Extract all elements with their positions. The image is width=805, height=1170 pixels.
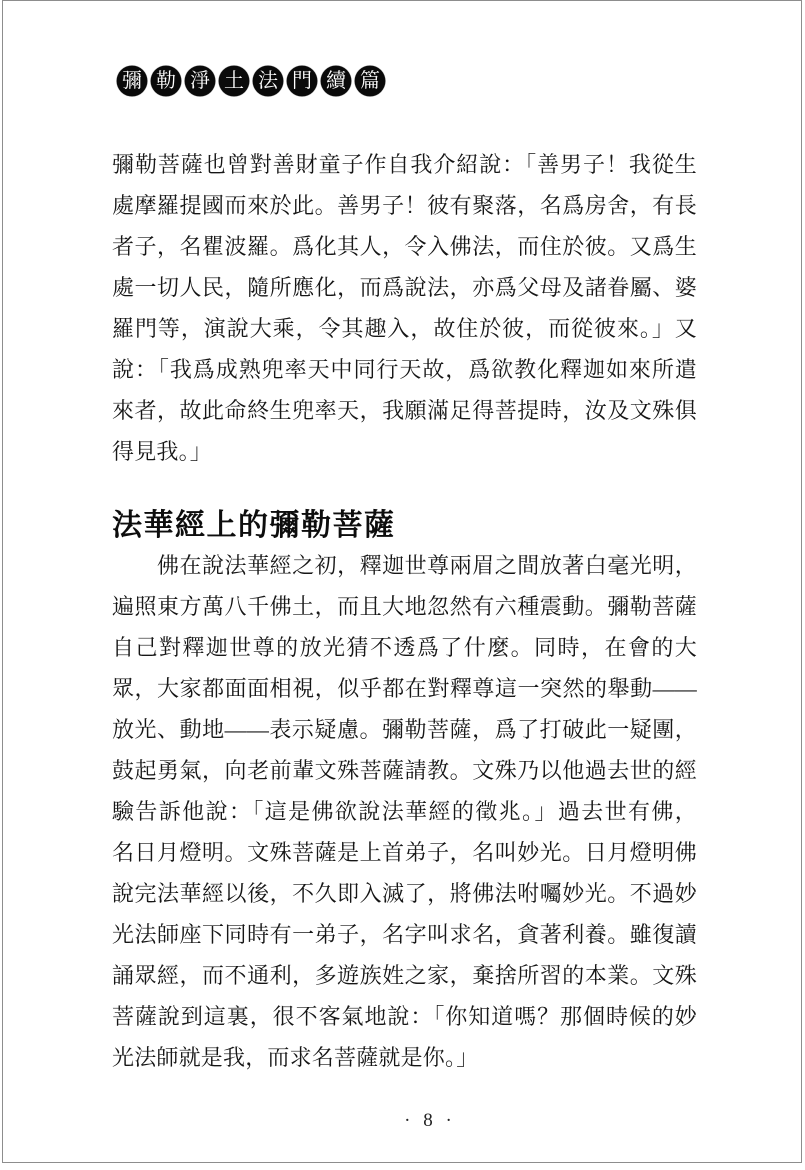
paragraph-line: 處摩羅提國而來於此。善男子！彼有聚落，名爲房舍，有長: [112, 185, 697, 226]
paragraph-line: 佛在說法華經之初，釋迦世尊兩眉之間放著白毫光明，: [112, 545, 697, 586]
paragraph-line: 光法師座下同時有一弟子，名字叫求名，貪著利養。雖復讀: [112, 914, 697, 955]
paragraph-line: 彌勒菩薩也曾對善財童子作自我介紹說：「善男子！我從生: [112, 144, 697, 185]
paragraph-line: 鼓起勇氣，向老前輩文殊菩薩請教。文殊乃以他過去世的經: [112, 750, 697, 791]
paragraph-line: 說：「我爲成熟兜率天中同行天故，爲欲教化釋迦如來所遣: [112, 349, 697, 390]
paragraph-line: 眾，大家都面面相視，似乎都在對釋尊這一突然的舉動——: [112, 668, 697, 709]
seal-character: 土: [219, 66, 249, 96]
page-number: · 8 ·: [110, 1110, 750, 1132]
paragraph-line: 自己對釋迦世尊的放光猜不透爲了什麼。同時，在會的大: [112, 627, 697, 668]
paragraph-sutra-quote: 彌勒菩薩也曾對善財童子作自我介紹說：「善男子！我從生處摩羅提國而來於此。善男子！…: [112, 144, 697, 472]
paragraph-line: 來者，故此命終生兜率天，我願滿足得菩提時，汝及文殊俱: [112, 390, 697, 431]
paragraph-line: 遍照東方萬八千佛土，而且大地忽然有六種震動。彌勒菩薩: [112, 586, 697, 627]
paragraph-line: 菩薩說到這裏，很不客氣地說：「你知道嗎？那個時候的妙: [112, 996, 697, 1037]
running-head-title-seals: 彌勒淨土法門續篇: [117, 66, 385, 96]
paragraph-line: 誦眾經，而不通利，多遊族姓之家，棄捨所習的本業。文殊: [112, 955, 697, 996]
paragraph-line: 羅門等，演說大乘，令其趣入，故住於彼，而從彼來。」又: [112, 308, 697, 349]
seal-character: 淨: [185, 66, 215, 96]
paragraph-line: 處一切人民，隨所應化，而爲說法，亦爲父母及諸眷屬、婆: [112, 267, 697, 308]
paragraph-line: 光法師就是我，而求名菩薩就是你。」: [112, 1037, 697, 1078]
paragraph-line: 放光、動地——表示疑慮。彌勒菩薩，爲了打破此一疑團，: [112, 709, 697, 750]
paragraph-line: 得見我。」: [112, 431, 697, 472]
paragraph-line: 說完法華經以後，不久即入滅了，將佛法咐囑妙光。不過妙: [112, 873, 697, 914]
seal-character: 彌: [117, 66, 147, 96]
seal-character: 篇: [355, 66, 385, 96]
seal-character: 勒: [151, 66, 181, 96]
paragraph-line: 者子，名瞿波羅。爲化其人，令入佛法，而住於彼。又爲生: [112, 226, 697, 267]
seal-character: 法: [253, 66, 283, 96]
seal-character: 續: [321, 66, 351, 96]
section-heading: 法華經上的彌勒菩薩: [112, 500, 697, 544]
paragraph-line: 名日月燈明。文殊菩薩是上首弟子，名叫妙光。日月燈明佛: [112, 832, 697, 873]
paragraph-lotus-sutra-story: 佛在說法華經之初，釋迦世尊兩眉之間放著白毫光明，遍照東方萬八千佛土，而且大地忽然…: [112, 545, 697, 1078]
seal-character: 門: [287, 66, 317, 96]
book-page: 彌勒淨土法門續篇 彌勒菩薩也曾對善財童子作自我介紹說：「善男子！我從生處摩羅提國…: [0, 0, 805, 1170]
paragraph-line: 驗告訴他說：「這是佛欲說法華經的徵兆。」過去世有佛，: [112, 791, 697, 832]
